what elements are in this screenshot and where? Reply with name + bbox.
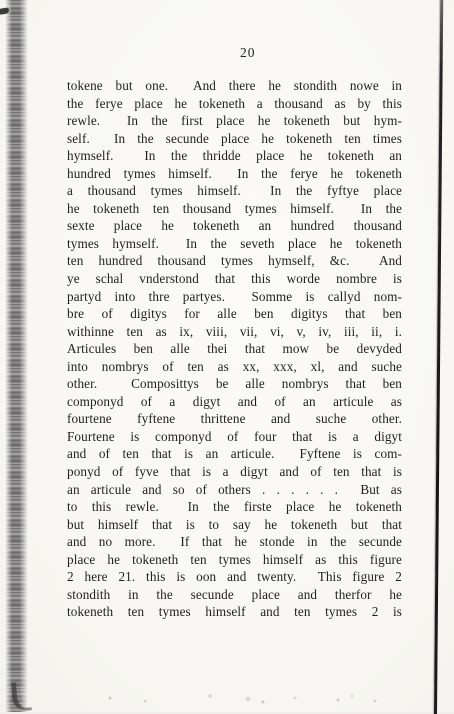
scanned-book-page: 20 tokene but one. And there he stondith…	[0, 0, 454, 712]
text-line: the ferye place he tokeneth a thousand a…	[67, 95, 402, 113]
text-line: bre of digitys for alle ben digitys that…	[67, 305, 402, 323]
text-line: sexte place he tokeneth an hundred thous…	[67, 217, 402, 235]
page-number: 20	[240, 45, 256, 61]
text-line: tokene but one. And there he stondith no…	[67, 77, 402, 95]
text-line: 2 here 21. this is oon and twenty. This …	[67, 568, 402, 586]
text-line: and of ten that is an articule. Fyftene …	[67, 445, 402, 463]
text-line: fourtene fyftene thrittene and suche oth…	[67, 410, 402, 428]
page-edge-line	[434, 0, 443, 712]
text-line: rewle. In the first place he tokeneth bu…	[67, 112, 402, 130]
text-line: partyd into thre partyes. Somme is cally…	[67, 288, 402, 306]
text-line: ye schal vnderstond that this worde nomb…	[67, 270, 402, 288]
text-line: a thousand tymes himself. In the fyftye …	[67, 182, 402, 200]
binding-gutter-shadow	[5, 0, 28, 712]
text-line: Articules ben alle thei that mow be devy…	[67, 340, 402, 358]
text-line: place he tokeneth ten tymes himself as t…	[67, 551, 402, 569]
text-line: tokeneth ten tymes himself and ten tymes…	[67, 603, 402, 621]
text-line: stondith in the secunde place and therfo…	[67, 586, 402, 604]
text-line: ten hundred thousand tymes hymself, &c. …	[67, 252, 402, 270]
text-line: hymself. In the thridde place he tokenet…	[67, 147, 402, 165]
text-line: tymes hymself. In the seveth place he to…	[67, 235, 402, 253]
scan-dust-speckles	[90, 690, 390, 706]
text-line: but himself that is to say he tokeneth b…	[67, 516, 402, 534]
text-line: other. Composittys be alle nombrys that …	[67, 375, 402, 393]
text-line: he tokeneth ten thousand tymes himself. …	[67, 200, 402, 218]
text-line: an articule and so of others . . . . . .…	[67, 481, 402, 499]
text-line: and no more. If that he stonde in the se…	[67, 533, 402, 551]
body-text-block: tokene but one. And there he stondith no…	[67, 77, 402, 621]
text-line: to this rewle. In the firste place he to…	[67, 498, 402, 516]
text-line: self. In the secunde place he tokeneth t…	[67, 130, 402, 148]
text-line: hundred tymes himself. In the ferye he t…	[67, 165, 402, 183]
text-line: componyd of a digyt and of an articule a…	[67, 393, 402, 411]
text-line: withinne ten as ix, viii, vii, vi, v, iv…	[67, 323, 402, 341]
text-line: into nombrys of ten as xx, xxx, xl, and …	[67, 358, 402, 376]
text-line: Fourtene is componyd of four that is a d…	[67, 428, 402, 446]
text-line: ponyd of fyve that is a digyt and of ten…	[67, 463, 402, 481]
